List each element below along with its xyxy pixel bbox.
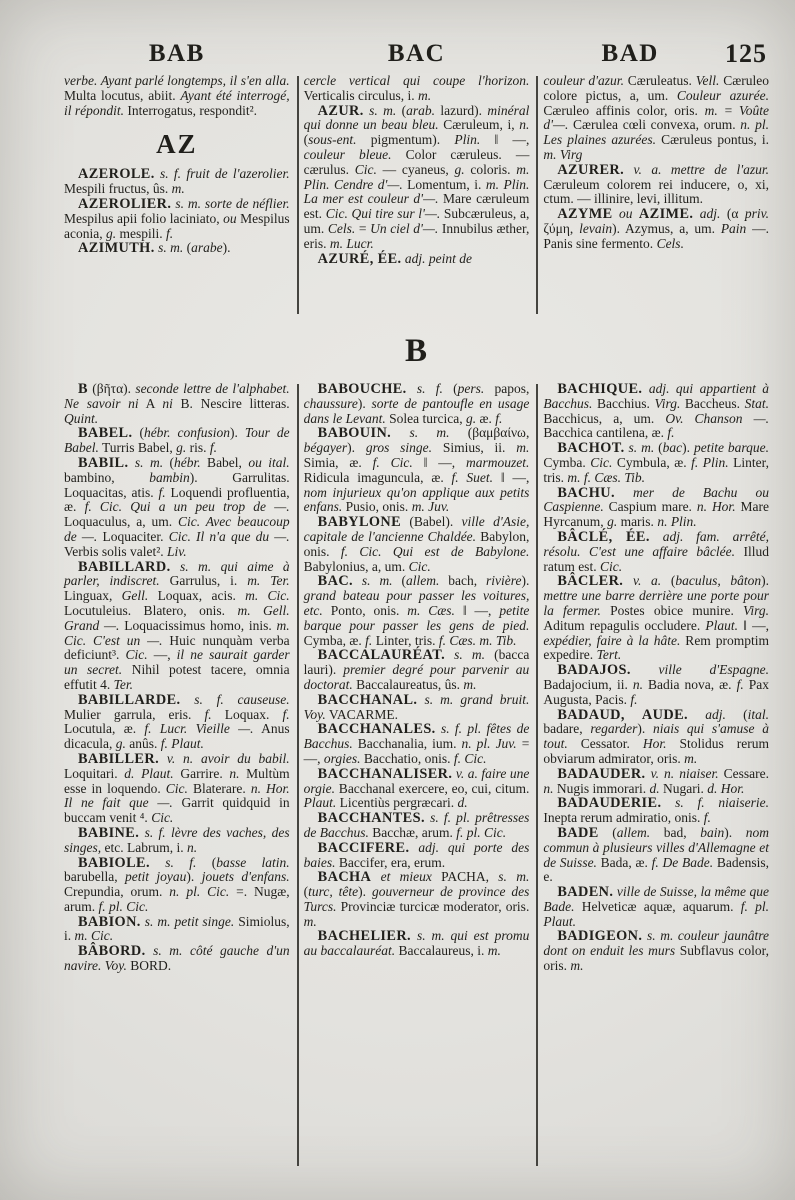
text-column-2: BABOUCHE. s. f. (pers. papos, chaussure)… [304, 382, 530, 1182]
dictionary-entry: BADAUDERIE. s. f. niaiserie. Inepta reru… [543, 796, 769, 826]
text-column-2: cercle vertical qui coupe l'horizon. Ver… [304, 74, 530, 316]
dictionary-entry: AZEROLE. s. f. fruit de l'azerolier. Mes… [64, 167, 290, 197]
dictionary-entry: BACHIQUE. adj. qui appartient à Bacchus.… [543, 382, 769, 441]
page-number: 125 [725, 39, 767, 69]
dictionary-entry: BABILLARDE. s. f. causeuse. Mulier garru… [64, 693, 290, 752]
dictionary-entry: BACCIFERE. adj. qui porte des baies. Bac… [304, 841, 530, 871]
running-head-bad-group: BAD 125 [543, 40, 769, 68]
dictionary-entry: BABYLONE (Babel). ville d'Asie, capitale… [304, 515, 530, 574]
dictionary-entry: BADIGEON. s. m. couleur jaunâtre dont on… [543, 929, 769, 973]
dictionary-entry: BABILLER. v. n. avoir du babil. Loquitar… [64, 752, 290, 826]
dictionary-entry: AZURÉ, ÉE. adj. peint de [304, 252, 530, 267]
text-column-1: verbe. Ayant parlé longtemps, il s'en al… [64, 74, 290, 316]
column-divider [297, 384, 299, 1166]
dictionary-entry: BABION. s. m. petit singe. Simiolus, i. … [64, 915, 290, 945]
dictionary-entry: BÂCLER. v. a. (baculus, bâton). mettre u… [543, 574, 769, 663]
running-head-bac: BAC [304, 40, 530, 68]
dictionary-entry: BACCHANTES. s. f. pl. prêtresses de Bacc… [304, 811, 530, 841]
dictionary-entry: AZIMUTH. s. m. (arabe). [64, 241, 290, 256]
dictionary-entry: BACHA et mieux PACHA, s. m. (turc, tête)… [304, 870, 530, 929]
dictionary-entry: BÂBORD. s. m. côté gauche d'un navire. V… [64, 944, 290, 974]
dictionary-entry: BADAJOS. ville d'Espagne. Badajocium, ii… [543, 663, 769, 707]
dictionary-entry: verbe. Ayant parlé longtemps, il s'en al… [64, 74, 290, 118]
text-column-1: B (βῆτα). seconde lettre de l'alphabet. … [64, 382, 290, 1182]
dictionary-entry: BADAUD, AUDE. adj. (ital. badare, regard… [543, 708, 769, 767]
text-column-3: couleur d'azur. Cæruleatus. Vell. Cærule… [543, 74, 769, 316]
dictionary-entry: AZYME ou AZIME. adj. (α priv. ζύμη, leva… [543, 207, 769, 251]
running-head-bab: BAB [64, 40, 290, 68]
dictionary-entry: BACCHANALISER. v. a. faire une orgie. Ba… [304, 767, 530, 811]
dictionary-entry: BABIL. s. m. (hébr. Babel, ou ital. bamb… [64, 456, 290, 560]
dictionary-entry: BÂCLÉ, ÉE. adj. fam. arrêté, résolu. C'e… [543, 530, 769, 574]
scanned-dictionary-page: BAB BAC BAD 125 verbe. Ayant parlé longt… [0, 0, 795, 1200]
dictionary-entry: BABOUCHE. s. f. (pers. papos, chaussure)… [304, 382, 530, 426]
dictionary-entry: BABINE. s. f. lèvre des vaches, des sing… [64, 826, 290, 856]
dictionary-entry: AZUR. s. m. (arab. lazurd). minéral qui … [304, 104, 530, 252]
dictionary-entry: BACHU. mer de Bachu ou Caspienne. Caspiu… [543, 486, 769, 530]
dictionary-entry: AZEROLIER. s. m. sorte de néflier. Mespi… [64, 197, 290, 241]
dictionary-entry: BAC. s. m. (allem. bach, rivière). grand… [304, 574, 530, 648]
dictionary-entry: BACCHANALES. s. f. pl. fêtes de Bacchus.… [304, 722, 530, 766]
text-column-3: BACHIQUE. adj. qui appartient à Bacchus.… [543, 382, 769, 1182]
column-divider [536, 76, 538, 314]
column-divider [297, 76, 299, 314]
dictionary-entry: AZURER. v. a. mettre de l'azur. Cæruleum… [543, 163, 769, 207]
dictionary-entry: BADE (allem. bad, bain). nom commun à pl… [543, 826, 769, 885]
dictionary-entry: BADAUDER. v. n. niaiser. Cessare. n. Nug… [543, 767, 769, 797]
dictionary-entry: BABILLARD. s. m. qui aime à parler, indi… [64, 560, 290, 693]
dictionary-entry: BABEL. (hébr. confusion). Tour de Babel.… [64, 426, 290, 456]
dictionary-entry: BACCALAURÉAT. s. m. (bacca lauri). premi… [304, 648, 530, 692]
letter-group-heading: AZ [64, 129, 290, 159]
dictionary-entry: BABIOLE. s. f. (basse latin. barubella, … [64, 856, 290, 915]
dictionary-entry: BACHOT. s. m. (bac). petite barque. Cymb… [543, 441, 769, 485]
dictionary-entry: cercle vertical qui coupe l'horizon. Ver… [304, 74, 530, 104]
running-head-bad: BAD [602, 40, 659, 68]
dictionary-entry: B (βῆτα). seconde lettre de l'alphabet. … [64, 382, 290, 426]
section-letter-heading: B [64, 333, 769, 369]
running-head: BAB BAC BAD 125 [64, 40, 769, 68]
section-b-entries: B (βῆτα). seconde lettre de l'alphabet. … [64, 382, 769, 1182]
dictionary-entry: couleur d'azur. Cæruleatus. Vell. Cærule… [543, 74, 769, 163]
dictionary-entry: BABOUIN. s. m. (βαμβαίνω, bégayer). gros… [304, 426, 530, 515]
section-az-entries: verbe. Ayant parlé longtemps, il s'en al… [64, 74, 769, 316]
dictionary-entry: BADEN. ville de Suisse, la même que Bade… [543, 885, 769, 929]
column-divider [536, 384, 538, 1166]
dictionary-entry: BACHELIER. s. m. qui est promu au baccal… [304, 929, 530, 959]
dictionary-entry: BACCHANAL. s. m. grand bruit. Voy. VACAR… [304, 693, 530, 723]
